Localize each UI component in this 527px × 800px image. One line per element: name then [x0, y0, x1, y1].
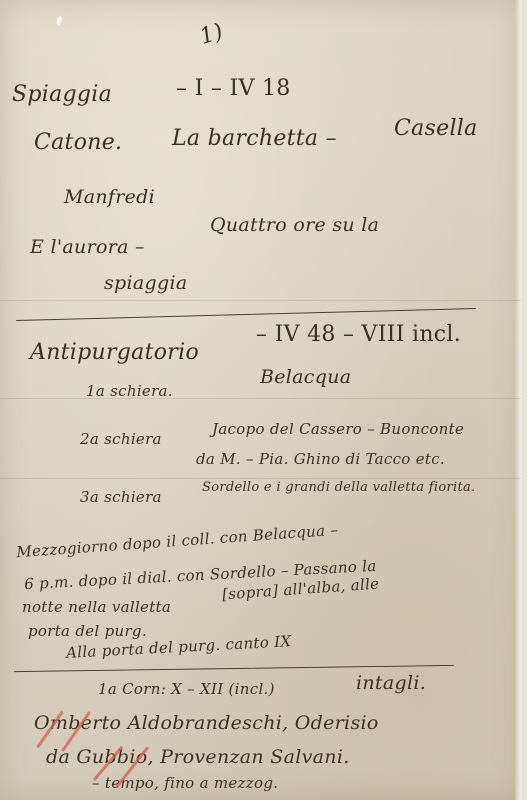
section1-title: Spiaggia — [12, 82, 112, 107]
section1-barchetta: La barchetta – — [172, 126, 337, 151]
section1-manfredi: Manfredi — [64, 186, 155, 208]
section1-casella: Casella — [394, 116, 478, 141]
schiera-2-text-cont: da M. – Pia. Ghino di Tacco etc. — [196, 450, 445, 468]
paper-fold — [0, 300, 521, 301]
section1-quattro-ore: Quattro ore su la — [210, 214, 379, 236]
section3-intagli: intagli. — [356, 672, 426, 694]
scan-edge — [515, 0, 521, 800]
section-divider — [16, 308, 476, 321]
section1-catone: Catone. — [34, 130, 122, 155]
note-porta: porta del purg. — [28, 622, 147, 640]
paper-tear — [56, 15, 64, 25]
schiera-3-text: Sordello e i grandi della valletta fiori… — [202, 480, 475, 495]
paper-fold — [0, 398, 521, 399]
section2-reference: – IV 48 – VIII incl. — [256, 322, 461, 347]
schiera-1-text: Belacqua — [260, 366, 351, 388]
section1-aurora: E l'aurora – — [30, 236, 145, 258]
note-mezzogiorno: Mezzogiorno dopo il coll. con Belacqua – — [16, 521, 339, 561]
paper-fold — [0, 478, 521, 479]
schiera-3-label: 3a schiera — [80, 488, 162, 506]
page-number: 1) — [197, 19, 227, 50]
schiera-2-text: Jacopo del Cassero – Buonconte — [212, 420, 464, 438]
section1-spiaggia: spiaggia — [104, 272, 187, 294]
section1-reference: – I – IV 18 — [176, 76, 291, 101]
manuscript-page: 1) Spiaggia – I – IV 18 Catone. La barch… — [0, 0, 521, 800]
section2-title: Antipurgatorio — [30, 340, 199, 365]
section3-cornice: 1a Corn: X – XII (incl.) — [98, 680, 275, 698]
note-valletta: notte nella valletta — [22, 598, 171, 616]
section3-gubbio: da Gubbio, Provenzan Salvani. — [46, 746, 350, 768]
schiera-2-label: 2a schiera — [80, 430, 162, 448]
schiera-1-label: 1a schiera. — [86, 382, 173, 400]
